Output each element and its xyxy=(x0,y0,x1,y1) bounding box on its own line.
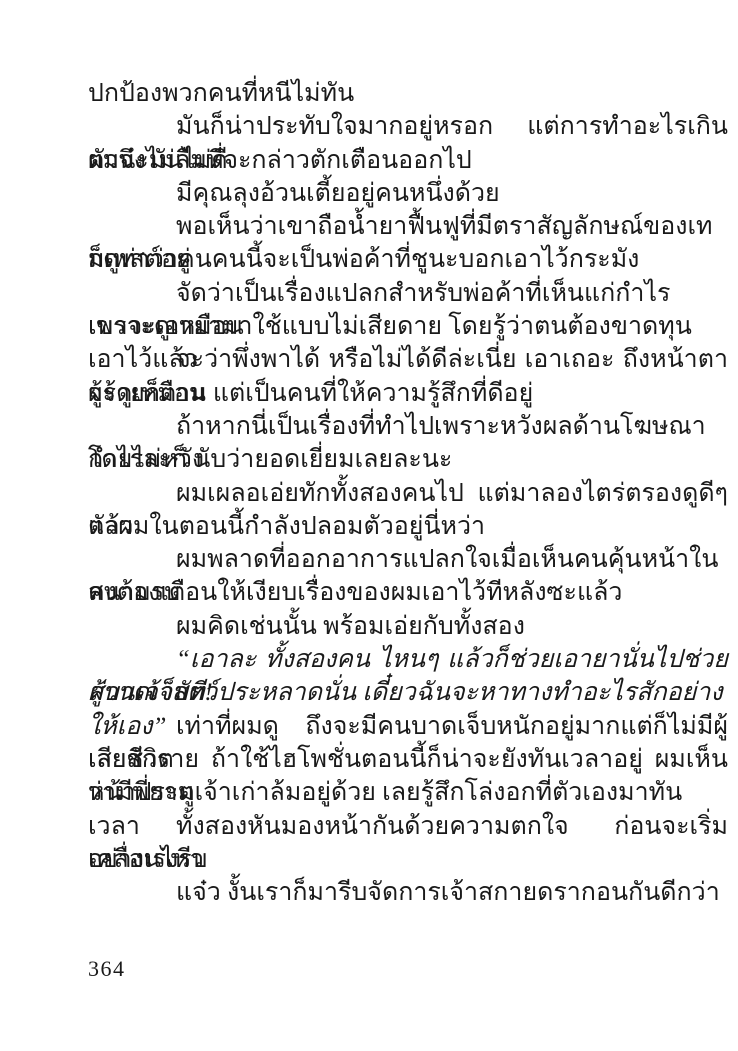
book-page: ปกป้องพวกคนที่หนีไม่ทันมันก็น่าประทับใจม… xyxy=(0,0,738,1051)
text-line: ปกป้องพวกคนที่หนีไม่ทัน xyxy=(88,77,728,110)
text-line: ผมจึงไม่ลืมที่จะกล่าวตักเตือนออกไป xyxy=(88,144,728,177)
page-number: 364 xyxy=(88,956,126,982)
text-line: อย่างเร่งรีบ xyxy=(88,843,728,876)
text-line: เขาจะเอายามาใช้แบบไม่เสียดาย โดยรู้ว่าตน… xyxy=(88,310,728,343)
text-line: ผมคิดเช่นนั้น พร้อมเอ่ยกับทั้งสอง xyxy=(88,610,728,643)
text-line: ผมเผลอเอ่ยทักทั้งสองคนไป แต่มาลองไตร่ตรอ… xyxy=(88,477,728,510)
text-line: ทั้งสองหันมองหน้ากันด้วยความตกใจ ก่อนจะเ… xyxy=(88,810,728,843)
text-line: คงต้องเตือนให้เงียบเรื่องของผมเอาไว้ทีหล… xyxy=(88,576,728,609)
text-line: ถ้าหากนี่เป็นเรื่องที่ทำไปเพราะหวังผลด้า… xyxy=(88,410,728,443)
text-line: มีคุณลุงอ้วนเตี้ยอยู่คนหนึ่งด้วย xyxy=(88,177,728,210)
text-line: กำไรละก็ นับว่ายอดเยี่ยมเลยละนะ xyxy=(88,443,728,476)
text-line: เท่าที่ผมดู ถึงจะมีคนบาดเจ็บหนักอยู่มากแ… xyxy=(88,710,728,743)
text-line: ผู้ร้ายก็ตาม แต่เป็นคนที่ให้ความรู้สึกที… xyxy=(88,377,728,410)
text-line: จะว่าพึ่งพาได้ หรือไม่ได้ดีล่ะเนี่ย เอาเ… xyxy=(88,343,728,376)
text-line: แจ๋ว งั้นเราก็มารีบจัดการเจ้าสกายดรากอนก… xyxy=(88,876,728,909)
text-line: จัดว่าเป็นเรื่องแปลกสำหรับพ่อค้าที่เห็นแ… xyxy=(88,277,728,310)
text-line: “เอาละ ทั้งสองคน ไหนๆ แล้วก็ช่วยเอายานั่… xyxy=(88,643,728,676)
text-line: พอเห็นว่าเขาถือน้ำยาฟื้นฟูที่มีตราสัญลัก… xyxy=(88,210,728,243)
text-line: ส่วนเจ้าสัตว์ประหลาดนั่น เดี๋ยวฉันจะหาทา… xyxy=(88,676,728,709)
text-line: ตัวผมในตอนนี้กำลังปลอมตัวอยู่นี่หว่า xyxy=(88,510,728,543)
text-line: ก็ดูท่าว่าคนคนนี้จะเป็นพ่อค้าที่ชูนะบอกเ… xyxy=(88,243,728,276)
text-line: มันก็น่าประทับใจมากอยู่หรอก แต่การทำอะไร… xyxy=(88,110,728,143)
text-line: เลยสักราย ถ้าใช้ไฮโพชั่นตอนนี้ก็น่าจะยัง… xyxy=(88,743,728,776)
text-line: หน้าประตูเจ้าเก่าล้มอยู่ด้วย เลยรู้สึกโล… xyxy=(88,776,728,809)
body-text: ปกป้องพวกคนที่หนีไม่ทันมันก็น่าประทับใจม… xyxy=(88,77,728,909)
text-line: ผมพลาดที่ออกอาการแปลกใจเมื่อเห็นคนคุ้นหน… xyxy=(88,543,728,576)
